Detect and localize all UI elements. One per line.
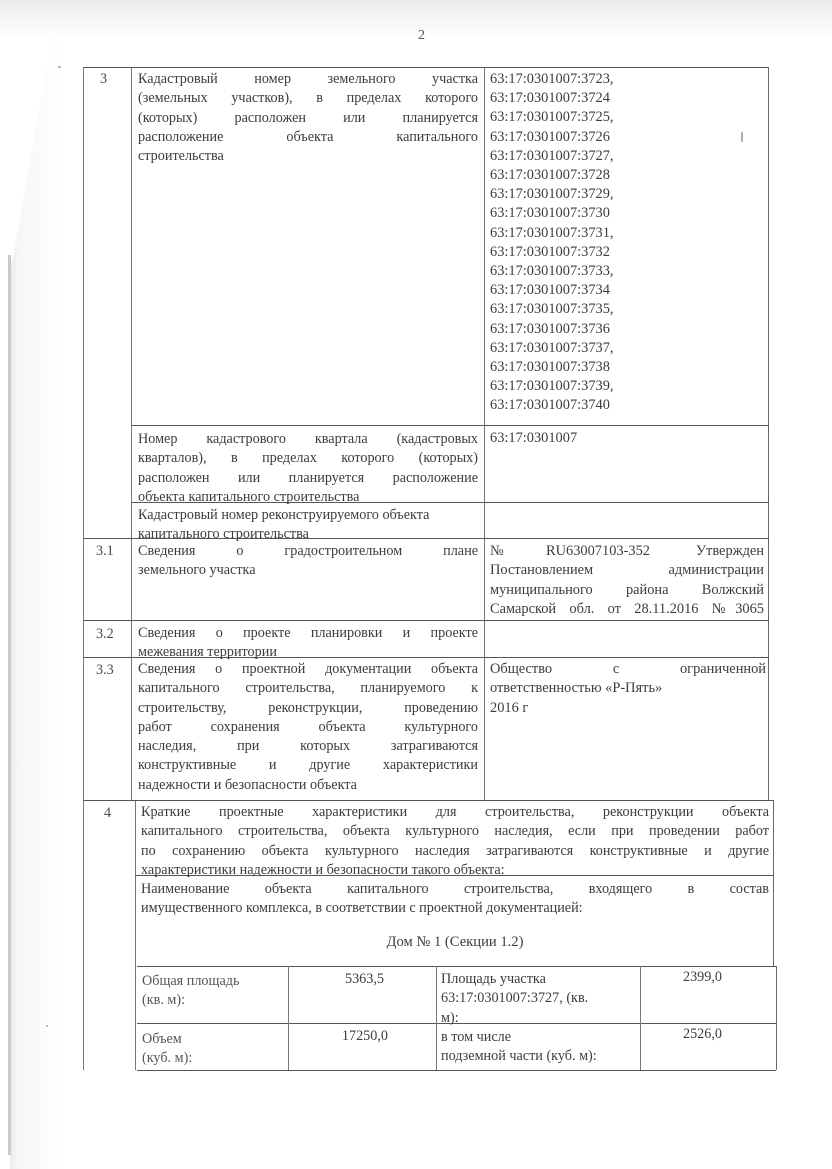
plot-area-label: Площадь участка 63:17:0301007:3727, (кв.…	[441, 970, 637, 1028]
label-line: кварталов), в пределах которого (которых…	[138, 449, 478, 468]
scan-speck	[58, 66, 61, 68]
label-line: расположен или планируется расположение	[138, 469, 478, 488]
label-line: Общая площадь	[142, 972, 282, 991]
label-line: Сведения о проекте планировки и проекте	[138, 624, 478, 643]
intro-line: характеристики надежности и безопасности…	[141, 861, 769, 880]
name-line: Наименование объекта капитального строит…	[141, 880, 769, 899]
label-line: (кв. м):	[142, 991, 282, 1010]
total-area-value: 5363,5	[290, 970, 384, 989]
page-edge-line	[8, 255, 11, 1155]
label-line: Площадь участка	[441, 970, 637, 989]
cadastral-code: 63:17:0301007:3725,	[490, 108, 614, 127]
num-col-divider-r4	[135, 800, 136, 1070]
value-line: №RU63007103-352 Утвержден	[490, 542, 764, 561]
cadastral-code: 63:17:0301007:3740	[490, 396, 614, 415]
label-line: Номер кадастрового квартала (кадастровых	[138, 430, 478, 449]
label-line: Сведения о градостроительном плане	[138, 542, 478, 561]
intro-line: по сохранению объекта культурного наслед…	[141, 842, 769, 861]
label-line: м):	[441, 1009, 637, 1028]
cadastral-code: 63:17:0301007:3730	[490, 204, 614, 223]
object-name-label: Наименование объекта капитального строит…	[141, 880, 769, 919]
label-line: 63:17:0301007:3727, (кв.	[441, 989, 637, 1008]
value-line: Общество с ограниченной	[490, 660, 766, 679]
row-number-3-2: 3.2	[96, 626, 114, 643]
specs-border-top	[137, 966, 776, 967]
urban-plan-label: Сведения о градостроительном плане земел…	[138, 542, 478, 581]
cadastral-code: 63:17:0301007:3736	[490, 320, 614, 339]
cadastral-code: 63:17:0301007:3729,	[490, 185, 614, 204]
label-line: капитального строительства, планируемого…	[138, 679, 478, 698]
cadastral-code: 63:17:0301007:3732	[490, 243, 614, 262]
volume-value: 17250,0	[290, 1027, 388, 1046]
planning-project-label: Сведения о проекте планировки и проекте …	[138, 624, 478, 663]
specs-col-divider-2	[436, 966, 437, 1070]
cadastral-code: 63:17:0301007:3735,	[490, 300, 614, 319]
row-number-3-1: 3.1	[96, 543, 114, 560]
label-line: Сведения о проектной документации объект…	[138, 660, 478, 679]
intro-line: Краткие проектные характеристики для стр…	[141, 803, 769, 822]
volume-label: Объем (куб. м):	[142, 1030, 282, 1069]
label-line: расположение объекта капитального	[138, 128, 478, 147]
label-line: наследия, при которых затрагиваются	[138, 737, 478, 756]
cadastral-code: 63:17:0301007:3738	[490, 358, 614, 377]
table-border-right-r4	[773, 800, 774, 966]
cadastral-code: 63:17:0301007:3739,	[490, 377, 614, 396]
cadastral-parcel-codes: 63:17:0301007:3723, 63:17:0301007:3724 6…	[490, 70, 614, 416]
label-line: конструктивные и другие характеристики	[138, 756, 478, 775]
label-line: строительства	[138, 147, 478, 166]
label-line: Объем	[142, 1030, 282, 1049]
label-line: надежности и безопасности объекта	[138, 776, 478, 795]
cadastral-parcel-label: Кадастровый номер земельного участка (зе…	[138, 70, 478, 166]
row-sep-3-2	[83, 620, 769, 621]
specs-border-bottom	[137, 1070, 776, 1071]
label-line: строительству, реконструкции, проведению	[138, 699, 478, 718]
value-line: муниципального района Волжский	[490, 581, 764, 600]
cadastral-code: 63:17:0301007:3724	[490, 89, 614, 108]
specs-border-right	[776, 966, 777, 1070]
label-line: (куб. м):	[142, 1049, 282, 1068]
label-line: земельного участка	[138, 561, 478, 580]
label-line: подземной части (куб. м):	[441, 1047, 637, 1066]
table-border-right	[768, 67, 769, 800]
scan-speck	[741, 132, 743, 142]
project-documentation-value: Общество с ограниченной ответственностью…	[490, 660, 766, 718]
scan-speck	[46, 1025, 48, 1027]
object-title: Дом № 1 (Секции 1.2)	[141, 933, 769, 952]
reconstructed-object-label: Кадастровый номер реконструируемого объе…	[138, 506, 483, 545]
row-sep-quarter	[131, 425, 769, 426]
specs-col-divider-3	[640, 966, 641, 1070]
num-col-divider	[131, 67, 132, 800]
row-number-3-3: 3.3	[96, 662, 114, 679]
table-border-top	[83, 67, 769, 68]
value-line: 2016 г	[490, 699, 766, 718]
label-line: объекта капитального строительства	[138, 488, 478, 507]
label-line: Кадастровый номер реконструируемого объе…	[138, 506, 483, 525]
cadastral-code: 63:17:0301007:3733,	[490, 262, 614, 281]
cadastral-code: 63:17:0301007:3727,	[490, 147, 614, 166]
total-area-label: Общая площадь (кв. м):	[142, 972, 282, 1011]
urban-plan-value: №RU63007103-352 Утвержден Постановлением…	[490, 542, 764, 619]
cadastral-code: 63:17:0301007:3731,	[490, 224, 614, 243]
row-number-3: 3	[100, 71, 107, 88]
value-col-divider	[484, 67, 485, 800]
cadastral-code: 63:17:0301007:3723,	[490, 70, 614, 89]
page-number: 2	[418, 28, 425, 44]
label-line: Кадастровый номер земельного участка	[138, 70, 478, 89]
cadastral-code: 63:17:0301007:3734	[490, 281, 614, 300]
value-line: Самарской обл. от 28.11.2016 №3065	[490, 600, 764, 619]
row-number-4: 4	[104, 805, 111, 822]
value-line: Постановлением администрации	[490, 561, 764, 580]
cadastral-code: 63:17:0301007:3728	[490, 166, 614, 185]
label-line: (которых) расположен или планируется	[138, 109, 478, 128]
cadastral-quarter-value: 63:17:0301007	[490, 429, 577, 448]
cadastral-code: 63:17:0301007:3737,	[490, 339, 614, 358]
intro-line: капитального строительства, объекта куль…	[141, 822, 769, 841]
plot-area-value: 2399,0	[642, 968, 722, 987]
cadastral-quarter-label: Номер кадастрового квартала (кадастровых…	[138, 430, 478, 507]
underground-volume-value: 2526,0	[642, 1025, 722, 1044]
underground-volume-label: в том числе подземной части (куб. м):	[441, 1028, 637, 1067]
specs-col-divider-1	[288, 966, 289, 1070]
name-line: имущественного комплекса, в соответствии…	[141, 899, 769, 918]
brief-characteristics-intro: Краткие проектные характеристики для стр…	[141, 803, 769, 880]
value-line: ответственностью «Р-Пять»	[490, 679, 766, 698]
row-sep-4	[83, 800, 773, 801]
project-documentation-label: Сведения о проектной документации объект…	[138, 660, 478, 795]
table-border-left	[83, 67, 84, 1070]
label-line: (земельных участков), в пределах которог…	[138, 89, 478, 108]
cadastral-code: 63:17:0301007:3726	[490, 128, 614, 147]
label-line: работ сохранения объекта культурного	[138, 718, 478, 737]
label-line: в том числе	[441, 1028, 637, 1047]
